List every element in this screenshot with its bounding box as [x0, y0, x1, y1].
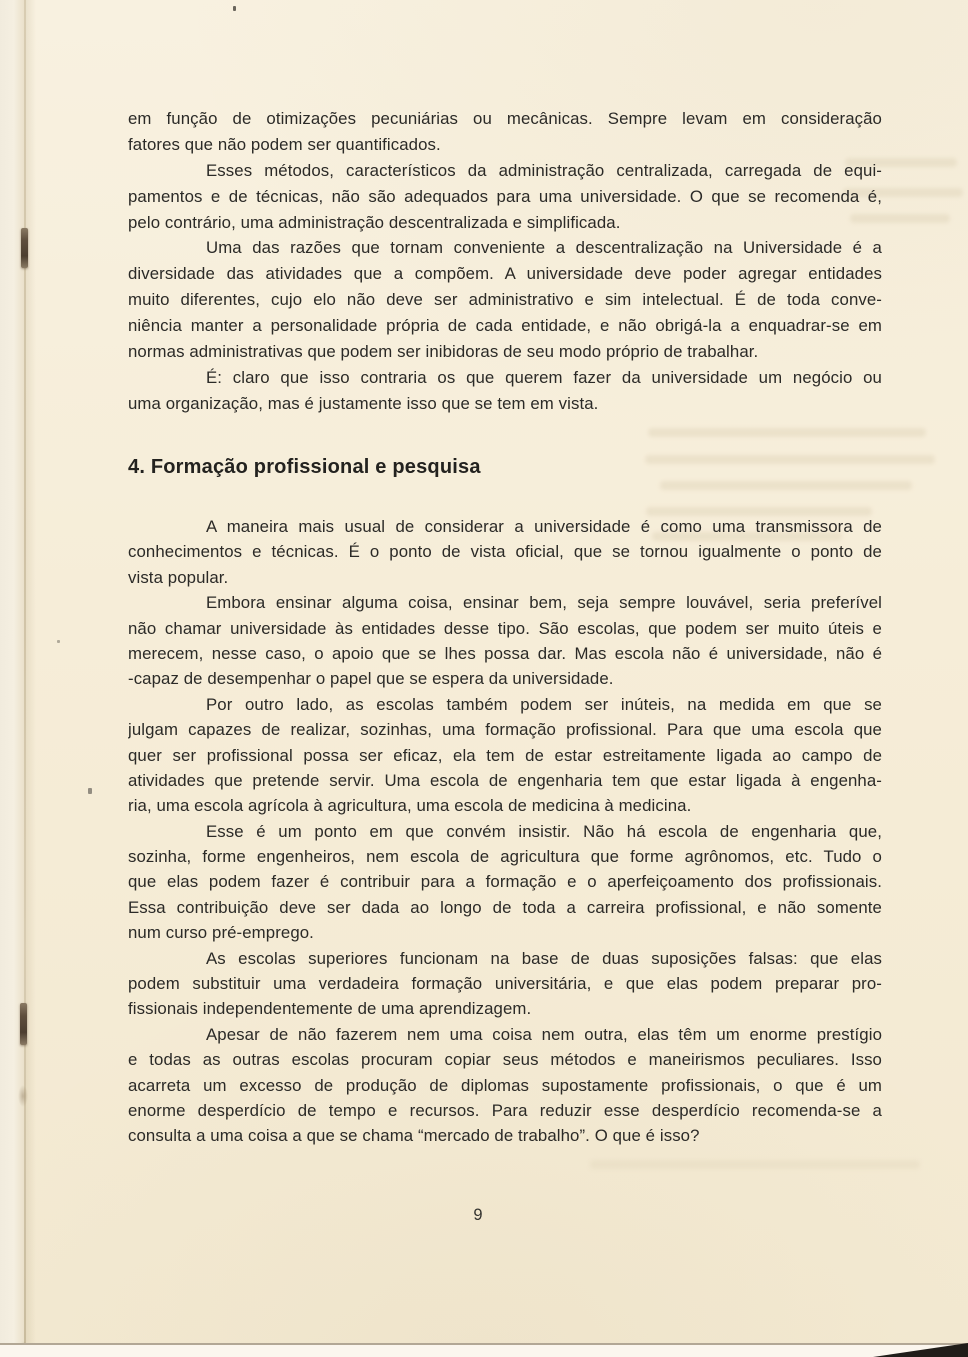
text-line: As escolas superiores funcionam na base … [128, 946, 882, 971]
paragraph: A maneira mais usual de considerar a uni… [128, 514, 882, 590]
page-text-before-heading: em função de otimizações pecuniárias ou … [128, 106, 882, 417]
text-line: julgam capazes de realizar, sozinhas, um… [128, 717, 882, 742]
paragraph: Esses métodos, característicos da admini… [128, 158, 882, 236]
page-gutter [0, 0, 25, 1345]
page-text-after-heading: A maneira mais usual de considerar a uni… [128, 514, 882, 1149]
paragraph: Uma das razões que tornam conveniente a … [128, 235, 882, 364]
crease-mark [18, 1085, 28, 1107]
text-line: uma organização, mas é justamente isso q… [128, 391, 882, 417]
text-line: enorme desperdício de tempo e recursos. … [128, 1098, 882, 1123]
paragraph: As escolas superiores funcionam na base … [128, 946, 882, 1022]
text-line: atividades que pretende servir. Uma esco… [128, 768, 882, 793]
text-line: Embora ensinar alguma coisa, ensinar bem… [128, 590, 882, 615]
text-line: vista popular. [128, 565, 882, 590]
paragraph: Embora ensinar alguma coisa, ensinar bem… [128, 590, 882, 692]
scanned-page: em função de otimizações pecuniárias ou … [0, 0, 968, 1357]
scan-bottom-edge [0, 1343, 968, 1357]
bleed-through-artifact [590, 1160, 920, 1169]
text-line: Esses métodos, característicos da admini… [128, 158, 882, 184]
text-line: pelo contrário, uma administração descen… [128, 210, 882, 236]
text-line: Essa contribuição deve ser dada ao longo… [128, 895, 882, 920]
text-line: fissionais independentemente de uma apre… [128, 996, 882, 1021]
text-line: ria, uma escola agrícola à agricultura, … [128, 793, 882, 818]
speck [57, 640, 60, 643]
text-line: sozinha, forme engenheiros, nem escola d… [128, 844, 882, 869]
text-line: fatores que não podem ser quantificados. [128, 132, 882, 158]
staple-mark-top [21, 228, 28, 268]
speck [233, 6, 236, 11]
paragraph: Por outro lado, as escolas também podem … [128, 692, 882, 819]
text-line: não chamar universidade às entidades des… [128, 616, 882, 641]
section-heading: 4. Formação profissional e pesquisa [128, 456, 882, 479]
page-number: 9 [128, 1206, 828, 1225]
text-line: -capaz de desempenhar o papel que se esp… [128, 666, 882, 691]
text-line: conhecimentos e técnicas. É o ponto de v… [128, 539, 882, 564]
scan-corner-shadow [873, 1343, 968, 1357]
staple-mark-bottom [20, 1003, 27, 1045]
text-line: quer ser profissional possa ser eficaz, … [128, 743, 882, 768]
paragraph: Esse é um ponto em que convém insistir. … [128, 819, 882, 946]
text-line: podem substituir uma verdadeira formação… [128, 971, 882, 996]
paragraph: É: claro que isso contraria os que quere… [128, 365, 882, 417]
text-line: diversidade das atividades que a compõem… [128, 261, 882, 287]
text-line: niência manter a personalidade própria d… [128, 313, 882, 339]
text-line: Por outro lado, as escolas também podem … [128, 692, 882, 717]
bleed-through-artifact [660, 481, 912, 490]
text-line: Uma das razões que tornam conveniente a … [128, 235, 882, 261]
text-line: consulta a uma coisa a que se chama “mer… [128, 1123, 882, 1148]
text-line: e todas as outras escolas procuram copia… [128, 1047, 882, 1072]
text-line: A maneira mais usual de considerar a uni… [128, 514, 882, 539]
text-line: acarreta um excesso de produção de diplo… [128, 1073, 882, 1098]
paragraph: Apesar de não fazerem nem uma coisa nem … [128, 1022, 882, 1149]
text-line: merecem, nesse caso, o apoio que se lhes… [128, 641, 882, 666]
text-line: Esse é um ponto em que convém insistir. … [128, 819, 882, 844]
bleed-through-artifact [648, 428, 926, 437]
text-line: que elas podem fazer é contribuir para a… [128, 869, 882, 894]
text-line: Apesar de não fazerem nem uma coisa nem … [128, 1022, 882, 1047]
text-line: pamentos e de técnicas, não são adequado… [128, 184, 882, 210]
text-line: num curso pré-emprego. [128, 920, 882, 945]
text-line: em função de otimizações pecuniárias ou … [128, 106, 882, 132]
text-line: normas administrativas que podem ser ini… [128, 339, 882, 365]
text-line: muito diferentes, cujo elo não deve ser … [128, 287, 882, 313]
speck [88, 788, 92, 794]
fold-shadow [26, 0, 36, 1345]
paragraph: em função de otimizações pecuniárias ou … [128, 106, 882, 158]
text-line: É: claro que isso contraria os que quere… [128, 365, 882, 391]
